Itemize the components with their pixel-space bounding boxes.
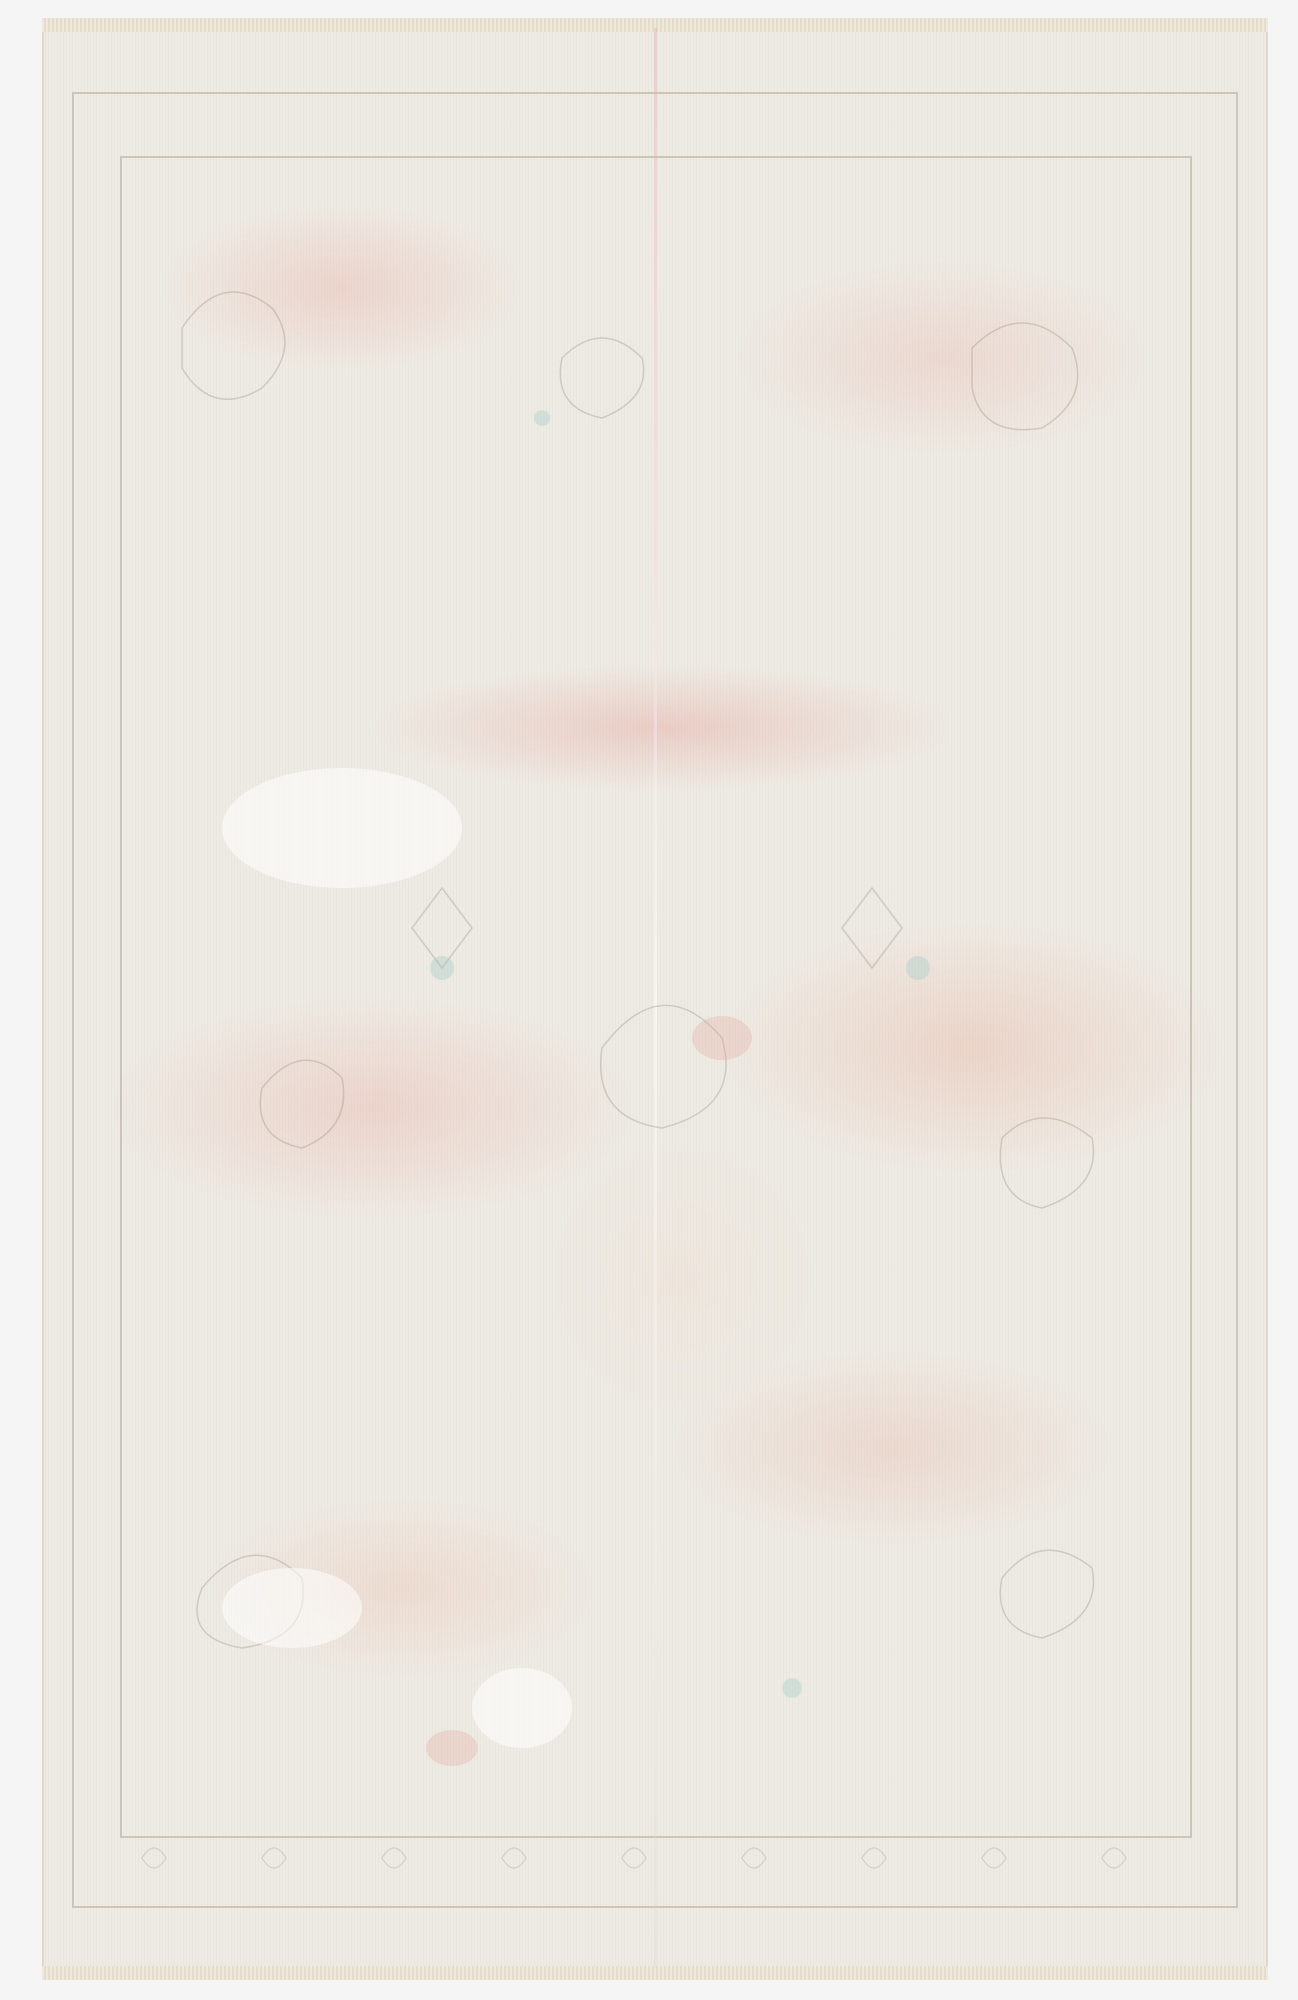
bottom-fringe xyxy=(42,1966,1268,1980)
rug-photo: Faded vintage area rug with washed pink,… xyxy=(42,28,1268,1968)
center-fold-line xyxy=(654,28,657,1968)
